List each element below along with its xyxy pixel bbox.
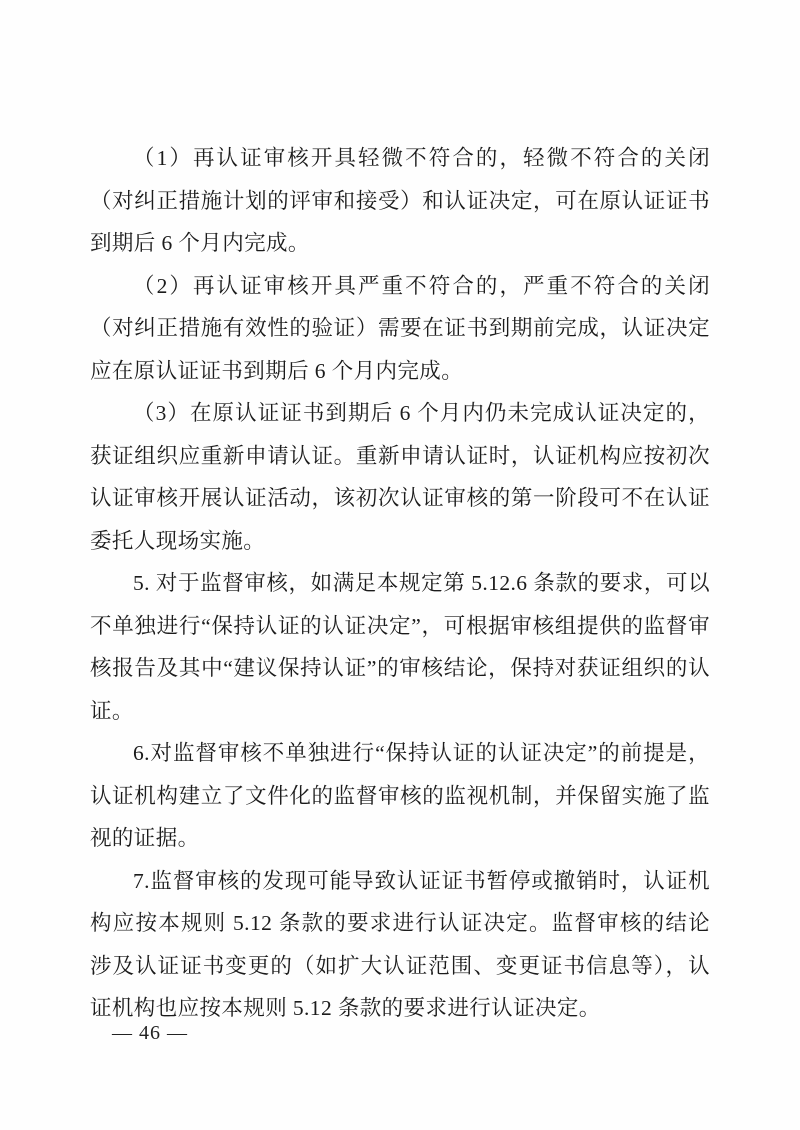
paragraph-6: 7.监督审核的发现可能导致认证证书暂停或撤销时，认证机构应按本规则 5.12 条… <box>90 860 710 1030</box>
page-number: — 46 — <box>112 1022 188 1045</box>
document-page: （1）再认证审核开具轻微不符合的，轻微不符合的关闭（对纠正措施计划的评审和接受）… <box>0 0 800 1130</box>
paragraph-4: 5. 对于监督审核，如满足本规定第 5.12.6 条款的要求，可以不单独进行“保… <box>90 562 710 732</box>
paragraph-2: （2）再认证审核开具严重不符合的，严重不符合的关闭（对纠正措施有效性的验证）需要… <box>90 265 710 393</box>
document-body: （1）再认证审核开具轻微不符合的，轻微不符合的关闭（对纠正措施计划的评审和接受）… <box>90 137 710 1030</box>
paragraph-5: 6.对监督审核不单独进行“保持认证的认证决定”的前提是，认证机构建立了文件化的监… <box>90 732 710 860</box>
paragraph-1: （1）再认证审核开具轻微不符合的，轻微不符合的关闭（对纠正措施计划的评审和接受）… <box>90 137 710 265</box>
paragraph-3: （3）在原认证证书到期后 6 个月内仍未完成认证决定的，获证组织应重新申请认证。… <box>90 392 710 562</box>
